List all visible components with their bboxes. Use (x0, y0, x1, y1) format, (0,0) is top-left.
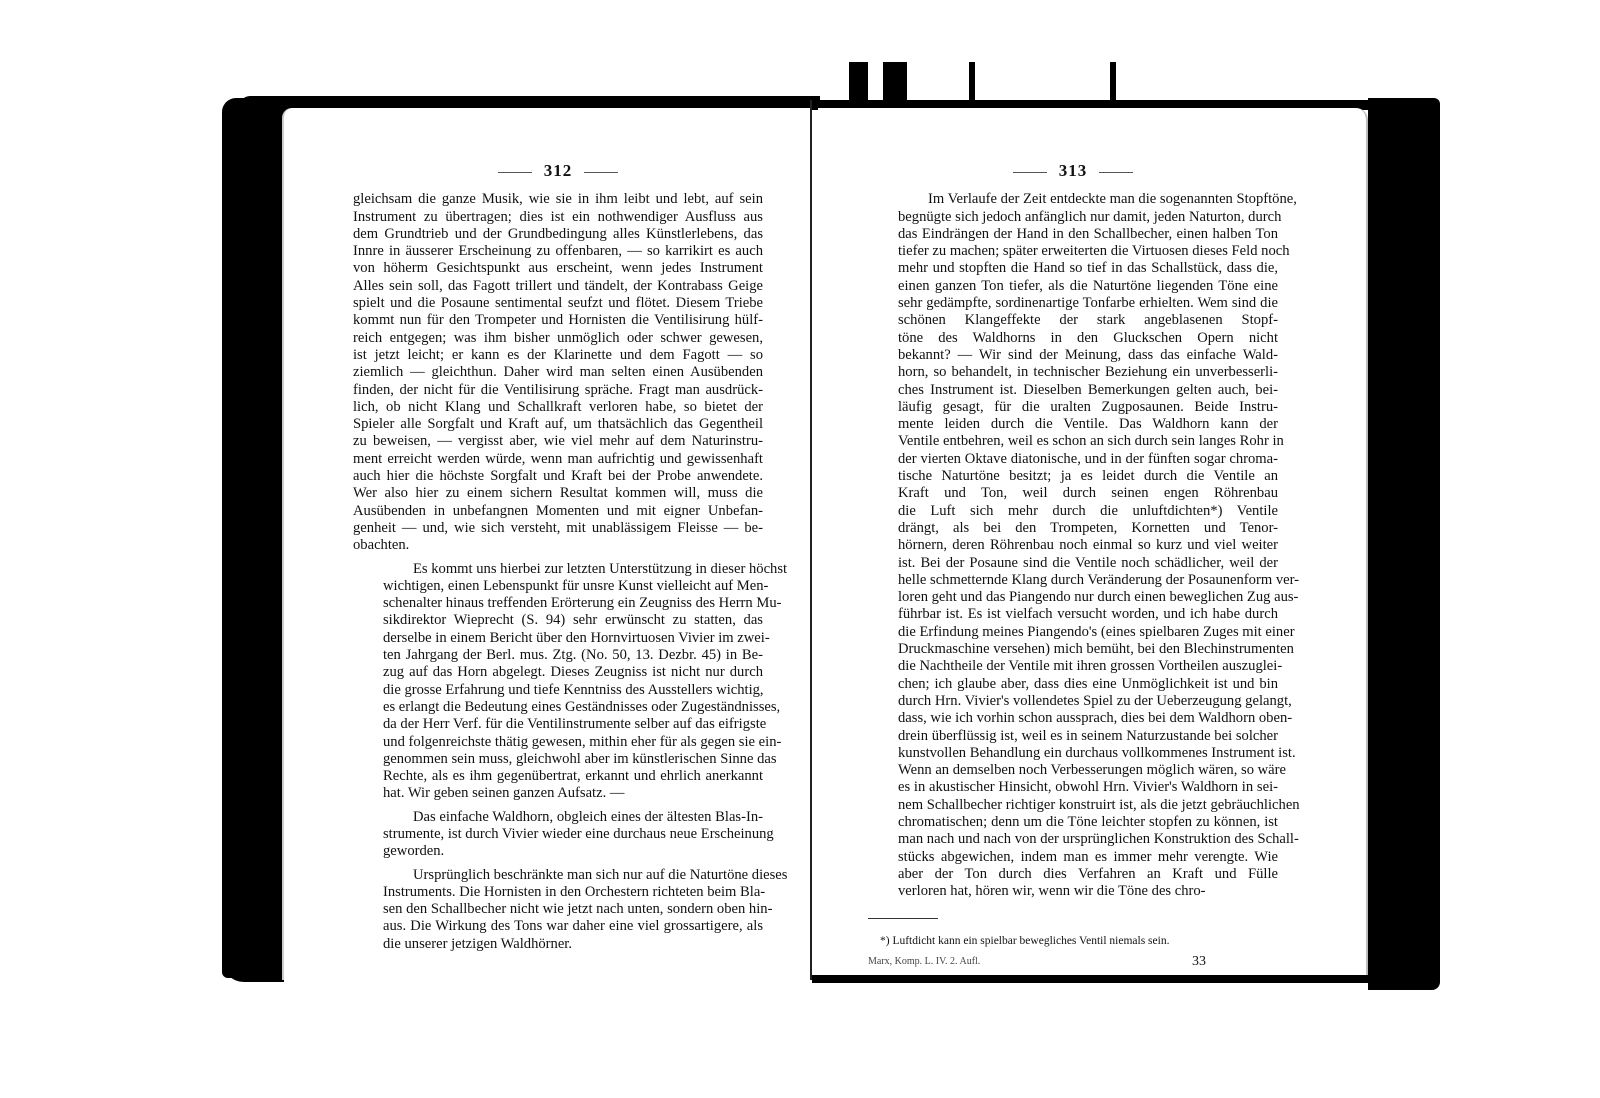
text-line: Das einfache Waldhorn, obgleich eines de… (353, 809, 763, 826)
footnote-rule (868, 918, 938, 919)
text-line: aber der Ton durch dies Verfahren an Kra… (868, 866, 1278, 883)
text-line: auch hier die höchste Sorgfalt und Kraft… (353, 468, 763, 485)
text-line: führbar ist. Es ist vielfach versucht wo… (868, 606, 1278, 623)
text-line: das Eindrängen der Hand in den Schallbec… (868, 226, 1278, 243)
right-book-edge (1368, 98, 1440, 990)
paragraph: Es kommt uns hierbei zur letzten Unterst… (353, 561, 763, 803)
left-cover-corner (222, 960, 284, 982)
text-line: Innre in äusserer Erscheinung zu offenba… (353, 243, 763, 260)
text-line: wichtigen, einen Lebenspunkt für unsre K… (353, 578, 763, 595)
text-line: die Erfindung meines Piangendo's (eines … (868, 624, 1278, 641)
right-page-number: 313 (868, 162, 1278, 179)
text-line: Instrument zu übertragen; dies ist ein n… (353, 209, 763, 226)
text-line: tische Naturtöne besitzt; ja es leidet d… (868, 468, 1278, 485)
text-line: läufig gesagt, für die uralten Zugposaun… (868, 399, 1278, 416)
text-line: sen den Schallbecher nicht wie jetzt nac… (353, 901, 763, 918)
text-line: genommen sein muss, gleichwohl aber im k… (353, 751, 763, 768)
text-line: horn, so behandelt, in technischer Bezie… (868, 364, 1278, 381)
right-page-body: Im Verlaufe der Zeit entdeckte man die s… (868, 191, 1278, 900)
text-line: mente leiden durch die Ventile. Das Wald… (868, 416, 1278, 433)
text-line: ziemlich — gleichthun. Daher wird man se… (353, 364, 763, 381)
text-line: Wer also hier zu einem sichern Resultat … (353, 485, 763, 502)
text-line: durch Hrn. Vivier's vollendetes Spiel zu… (868, 693, 1278, 710)
text-line: Wenn an demselben noch Verbesserungen mö… (868, 762, 1278, 779)
text-line: die unserer jetzigen Waldhörner. (353, 936, 763, 953)
text-line: drein überflüssig ist, weil es in seinem… (868, 728, 1278, 745)
text-line: chromatischen; denn um die Töne leichter… (868, 814, 1278, 831)
bookmark-tab (883, 62, 907, 106)
bookmark-tab (969, 62, 975, 106)
text-line: obachten. (353, 537, 763, 554)
footnote: *) Luftdicht kann ein spielbar beweglich… (868, 933, 1278, 950)
text-line: hörnern, deren Röhrenbau noch einmal so … (868, 537, 1278, 554)
page-number-text: 313 (1059, 161, 1088, 180)
text-line: Spieler alle Sorgfalt und Kraft auf, um … (353, 416, 763, 433)
text-line: die Luft sich mehr durch die unluftdicht… (868, 503, 1278, 520)
page-number-rule (498, 172, 532, 173)
text-line: spielt und die Posaune sentimental seufz… (353, 295, 763, 312)
left-page-body: gleichsam die ganze Musik, wie sie in ih… (353, 191, 763, 953)
text-line: Im Verlaufe der Zeit entdeckte man die s… (868, 191, 1278, 208)
text-line: chen; ich glaube aber, dass dies eine Un… (868, 676, 1278, 693)
text-line: derselbe in einem Bericht über den Hornv… (353, 630, 763, 647)
left-page-number: 312 (353, 162, 763, 179)
text-line: sehr gedämpfte, sordinenartige Tonfarbe … (868, 295, 1278, 312)
text-line: schönen Klangeffekte der stark angeblase… (868, 312, 1278, 329)
text-line: finden, der nicht für die Ventilisirung … (353, 382, 763, 399)
paragraph: gleichsam die ganze Musik, wie sie in ih… (353, 191, 763, 554)
text-line: ment erreicht werden würde, wenn man auf… (353, 451, 763, 468)
text-line: Instruments. Die Hornisten in den Orches… (353, 884, 763, 901)
text-line: Ursprünglich beschränkte man sich nur au… (353, 867, 763, 884)
text-line: es erlangt die Bedeutung eines Geständni… (353, 699, 763, 716)
text-line: dass, wie ich vorhin schon aussprach, di… (868, 710, 1278, 727)
right-page: 313 Im Verlaufe der Zeit entdeckte man d… (868, 162, 1278, 970)
text-line: von höherm Gesichtspunkt aus erscheint, … (353, 260, 763, 277)
book-spine (810, 100, 812, 980)
text-line: und folgenreichste thätig gewesen, mithi… (353, 734, 763, 751)
text-line: Rechte, als es ihm gegenübertrat, erkann… (353, 768, 763, 785)
text-line: lich, ob nicht Klang und Schallkraft ver… (353, 399, 763, 416)
paragraph: Im Verlaufe der Zeit entdeckte man die s… (868, 191, 1278, 900)
page-number-rule (584, 172, 618, 173)
page-number-text: 312 (544, 161, 573, 180)
text-line: tiefer zu machen; später erweiterten die… (868, 243, 1278, 260)
text-line: Alles sein soll, das Fagott trillert und… (353, 278, 763, 295)
text-line: ten Jahrgang der Berl. mus. Ztg. (No. 50… (353, 647, 763, 664)
text-line: Kraft und Ton, weil durch seinen engen R… (868, 485, 1278, 502)
left-page: 312 gleichsam die ganze Musik, wie sie i… (353, 162, 763, 959)
paragraph: Ursprünglich beschränkte man sich nur au… (353, 867, 763, 953)
text-line: genheit — und, wie sich versteht, mit un… (353, 520, 763, 537)
right-page-bottom-edge (812, 975, 1372, 983)
text-line: schenalter hinaus treffenden Erörterung … (353, 595, 763, 612)
text-line: gleichsam die ganze Musik, wie sie in ih… (353, 191, 763, 208)
text-line: da der Herr Verf. für die Ventilinstrume… (353, 716, 763, 733)
text-line: strumente, ist durch Vivier wieder eine … (353, 826, 763, 843)
text-line: ches Instrument ist. Dieselben Bemerkung… (868, 382, 1278, 399)
page-number-rule (1099, 172, 1133, 173)
printer-signature: Marx, Komp. L. IV. 2. Aufl. 33 (868, 953, 1278, 970)
text-line: die Nachtheile der Ventile mit ihren gro… (868, 658, 1278, 675)
text-line: kunstvollen Behandlung ein durchaus voll… (868, 745, 1278, 762)
text-line: die grosse Erfahrung und tiefe Kenntniss… (353, 682, 763, 699)
text-line: reich entgegen; was ihm bisher unmöglich… (353, 330, 763, 347)
page-number-rule (1013, 172, 1047, 173)
text-line: ist jetzt leicht; er kann es der Klarine… (353, 347, 763, 364)
text-line: Ausübenden in unbefangnen Momenten und m… (353, 503, 763, 520)
text-line: Ventile entbehren, weil es schon an sich… (868, 433, 1278, 450)
signature-number: 33 (1192, 953, 1206, 970)
paragraph: Das einfache Waldhorn, obgleich eines de… (353, 809, 763, 861)
text-line: aus. Die Wirkung des Tons war daher eine… (353, 918, 763, 935)
text-line: Druckmaschine versehen) mich bemüht, bei… (868, 641, 1278, 658)
text-line: helle schmetternde Klang durch Veränderu… (868, 572, 1278, 589)
text-line: stücks abgewichen, indem man es immer me… (868, 849, 1278, 866)
bookmark-tab (1110, 62, 1116, 106)
text-line: bekannt? — Wir sind der Meinung, dass da… (868, 347, 1278, 364)
text-line: es in akustischer Hinsicht, obwohl Hrn. … (868, 779, 1278, 796)
text-line: einen ganzen Ton tiefer, als die Naturtö… (868, 278, 1278, 295)
text-line: der vierten Oktave diatonische, und in d… (868, 451, 1278, 468)
text-line: mehr und stopften die Hand so tief in da… (868, 260, 1278, 277)
text-line: töne des Waldhorns in den Gluckschen Ope… (868, 330, 1278, 347)
text-line: begnügte sich jedoch anfänglich nur dami… (868, 209, 1278, 226)
text-line: drängt, als bei den Trompeten, Kornetten… (868, 520, 1278, 537)
text-line: man nach und nach von der ursprünglichen… (868, 831, 1278, 848)
text-line: geworden. (353, 843, 763, 860)
text-line: zug auf das Horn abgelegt. Dieses Zeugni… (353, 664, 763, 681)
text-line: hat. Wir geben seinen ganzen Aufsatz. — (353, 785, 763, 802)
text-line: kommt nun für den Trompeter und Horniste… (353, 312, 763, 329)
signature-text: Marx, Komp. L. IV. 2. Aufl. (868, 953, 980, 970)
bookmark-tab (849, 62, 868, 106)
left-book-edge (222, 98, 286, 978)
text-line: nem Schallbecher richtiger konstruirt is… (868, 797, 1278, 814)
text-line: verloren hat, hören wir, wenn wir die Tö… (868, 883, 1278, 900)
text-line: zu beweisen, — vergisst aber, wie viel m… (353, 433, 763, 450)
text-line: loren geht und das Piangendo nur durch e… (868, 589, 1278, 606)
text-line: Es kommt uns hierbei zur letzten Unterst… (353, 561, 763, 578)
text-line: ist. Bei der Posaune sind die Ventile no… (868, 555, 1278, 572)
text-line: dem Grundtrieb und der Grundbedingung al… (353, 226, 763, 243)
text-line: sikdirektor Wieprecht (S. 94) sehr erwün… (353, 612, 763, 629)
